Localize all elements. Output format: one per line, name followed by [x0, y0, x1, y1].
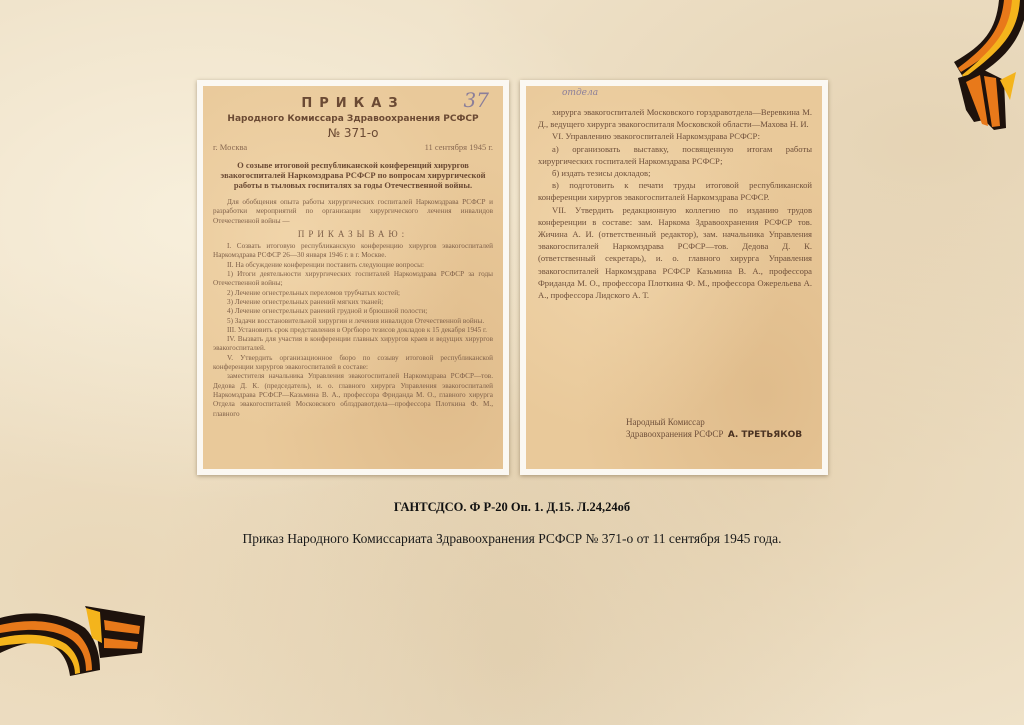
order-paragraph: I. Созвать итоговую республиканскую конф…: [213, 242, 493, 261]
place-date-row: г. Москва 11 сентября 1945 г.: [213, 142, 493, 152]
document-place: г. Москва: [213, 142, 247, 152]
order-paragraph: 2) Лечение огнестрельных переломов трубч…: [213, 289, 493, 298]
document-number: № 371-о: [213, 126, 493, 140]
order-paragraph: V. Утвердить организационное бюро по соз…: [213, 354, 493, 373]
st-george-ribbon-top-right-icon: [944, 0, 1024, 135]
document-photo-page-1: 37 ПРИКАЗ Народного Комиссара Здравоохра…: [197, 80, 509, 475]
order-paragraph: в) подготовить к печати труды итоговой р…: [538, 179, 812, 203]
signature-block: Народный Комиссар Здравоохранения РСФСР …: [626, 416, 802, 441]
order-paragraph: VI. Управлению эвакогоспиталей Наркомздр…: [538, 130, 812, 142]
document-title: ПРИКАЗ: [213, 96, 493, 111]
order-paragraph: 1) Итоги деятельности хирургических госп…: [213, 270, 493, 289]
order-paragraph: б) издать тезисы докладов;: [538, 167, 812, 179]
signature-name: А. ТРЕТЬЯКОВ: [728, 430, 802, 440]
order-paragraph: VII. Утвердить редакционную коллегию по …: [538, 204, 812, 302]
order-paragraph: 3) Лечение огнестрельных ранений мягких …: [213, 298, 493, 307]
preamble: Для обобщения опыта работы хирургических…: [213, 198, 493, 226]
caption: Приказ Народного Комиссариата Здравоохра…: [0, 531, 1024, 547]
document-date: 11 сентября 1945 г.: [425, 142, 493, 152]
order-paragraph: III. Установить срок представления в Орг…: [213, 326, 493, 335]
order-paragraph: II. На обсуждение конференции поставить …: [213, 261, 493, 270]
order-word: ПРИКАЗЫВАЮ:: [213, 230, 493, 239]
archive-reference: ГАНТСДСО. Ф Р-20 Оп. 1. Д.15. Л.24,24об: [0, 500, 1024, 515]
handwritten-mark: 37: [464, 88, 489, 112]
order-paragraph: 5) Задачи восстановительной хирургии и л…: [213, 317, 493, 326]
signature-title-line1: Народный Комиссар: [626, 416, 802, 428]
st-george-ribbon-bottom-left-icon: [0, 598, 150, 678]
signature-title-line2: Здравоохранения РСФСР: [626, 429, 723, 439]
document-photo-page-2: отдела хирурга эвакогоспиталей Московско…: [520, 80, 828, 475]
document-body: Для обобщения опыта работы хирургических…: [213, 198, 493, 419]
order-paragraph: заместителя начальника Управления эваког…: [213, 372, 493, 418]
order-paragraph: а) организовать выставку, посвященную ит…: [538, 143, 812, 167]
order-paragraph: 4) Лечение огнестрельных ранений грудной…: [213, 307, 493, 316]
document-page-1: 37 ПРИКАЗ Народного Комиссара Здравоохра…: [203, 86, 503, 469]
document-subtitle: Народного Комиссара Здравоохранения РСФС…: [213, 114, 493, 124]
document-heading: О созыве итоговой республиканской конфер…: [213, 160, 493, 190]
order-paragraph: IV. Вызвать для участия в конференции гл…: [213, 335, 493, 354]
order-paragraph: хирурга эвакогоспиталей Московского горз…: [538, 106, 812, 130]
document-page-2: отдела хирурга эвакогоспиталей Московско…: [526, 86, 822, 469]
document-body: хирурга эвакогоспиталей Московского горз…: [538, 106, 812, 301]
handwritten-mark: отдела: [562, 88, 598, 98]
order-paragraphs: I. Созвать итоговую республиканскую конф…: [213, 242, 493, 419]
